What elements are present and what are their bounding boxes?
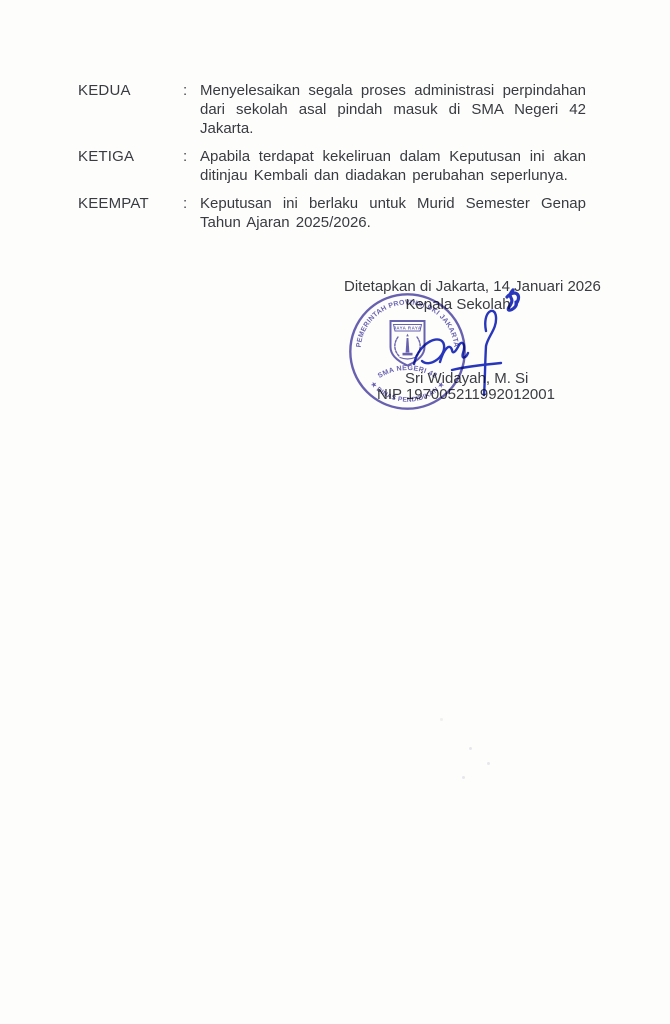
decision-colon: :: [183, 147, 200, 185]
scan-speckle: [469, 747, 472, 750]
decision-text: Apabila terdapat kekeliruan dalam Keputu…: [200, 147, 586, 185]
decision-colon: :: [183, 81, 200, 138]
decision-label: KEEMPAT: [78, 194, 183, 232]
scan-speckle: [462, 776, 465, 779]
decision-text: Keputusan ini berlaku untuk Murid Semest…: [200, 194, 586, 232]
decision-colon: :: [183, 194, 200, 232]
decision-list: KEDUA : Menyelesaikan segala proses admi…: [78, 81, 586, 241]
handwritten-signature: [400, 283, 540, 401]
paraf-initial-mark: [507, 290, 519, 310]
decision-label: KEDUA: [78, 81, 183, 138]
decision-row-kedua: KEDUA : Menyelesaikan segala proses admi…: [78, 81, 586, 138]
decision-text: Menyelesaikan segala proses administrasi…: [200, 81, 586, 138]
decision-label: KETIGA: [78, 147, 183, 185]
decision-row-ketiga: KETIGA : Apabila terdapat kekeliruan dal…: [78, 147, 586, 185]
scan-speckle: [487, 762, 490, 765]
scan-speckle: [440, 718, 443, 721]
document-page: KEDUA : Menyelesaikan segala proses admi…: [0, 0, 670, 1024]
decision-row-keempat: KEEMPAT : Keputusan ini berlaku untuk Mu…: [78, 194, 586, 232]
signature-strokes: [414, 311, 501, 395]
